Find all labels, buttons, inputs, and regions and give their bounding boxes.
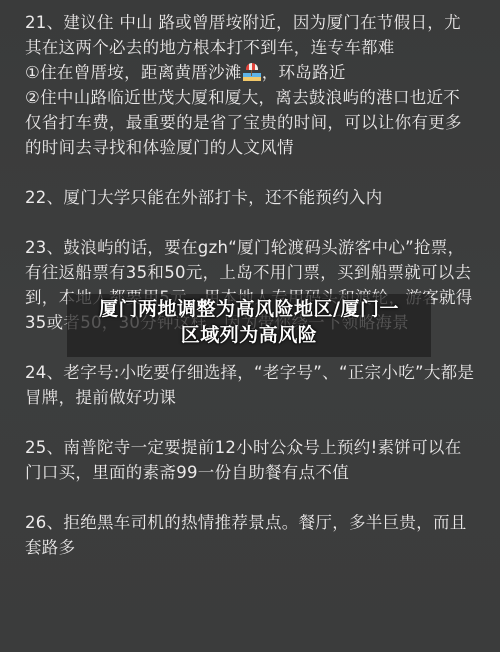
tip-25-text: 25、南普陀寺一定要提前12小时公众号上预约!素饼可以在门口买，里面的素斋99一… <box>25 435 475 485</box>
beach-umbrella-icon <box>243 63 261 81</box>
tip-24: 24、老字号:小吃要仔细选择，“老字号”、“正宗小吃”大都是冒牌，提前做好功课 <box>25 360 475 410</box>
headline-caption: 厦门两地调整为高风险地区/厦门一 区域列为高风险 <box>67 296 431 348</box>
tip-22-text: 22、厦门大学只能在外部打卡，还不能预约入内 <box>25 185 475 210</box>
tip-24-text: 24、老字号:小吃要仔细选择，“老字号”、“正宗小吃”大都是冒牌，提前做好功课 <box>25 360 475 410</box>
tip-26-text: 26、拒绝黑车司机的热情推荐景点。餐厅，多半巨贵，而且套路多 <box>25 510 475 560</box>
headline-line-2: 区域列为高风险 <box>67 322 431 348</box>
tip-21-option-1-tail: ，环岛路近 <box>262 63 346 82</box>
tip-25: 25、南普陀寺一定要提前12小时公众号上预约!素饼可以在门口买，里面的素斋99一… <box>25 435 475 485</box>
tip-21: 21、建议住 中山 路或曾厝垵附近，因为厦门在节假日，尤其在这两个必去的地方根本… <box>25 10 475 160</box>
headline-line-1: 厦门两地调整为高风险地区/厦门一 <box>67 296 431 322</box>
tip-26: 26、拒绝黑车司机的热情推荐景点。餐厅，多半巨贵，而且套路多 <box>25 510 475 560</box>
article-screenshot: 21、建议住 中山 路或曾厝垵附近，因为厦门在节假日，尤其在这两个必去的地方根本… <box>0 0 500 652</box>
tip-21-option-1: ①住在曾厝垵，距离黄厝沙滩，环岛路近 <box>25 60 475 85</box>
tip-22: 22、厦门大学只能在外部打卡，还不能预约入内 <box>25 185 475 210</box>
tip-21-option-1-text: ①住在曾厝垵，距离黄厝沙滩 <box>25 63 242 82</box>
tip-21-option-2: ②住中山路临近世茂大厦和厦大，离去鼓浪屿的港口也近不仅省打车费，最重要的是省了宝… <box>25 85 475 160</box>
tip-21-intro: 21、建议住 中山 路或曾厝垵附近，因为厦门在节假日，尤其在这两个必去的地方根本… <box>25 10 475 60</box>
